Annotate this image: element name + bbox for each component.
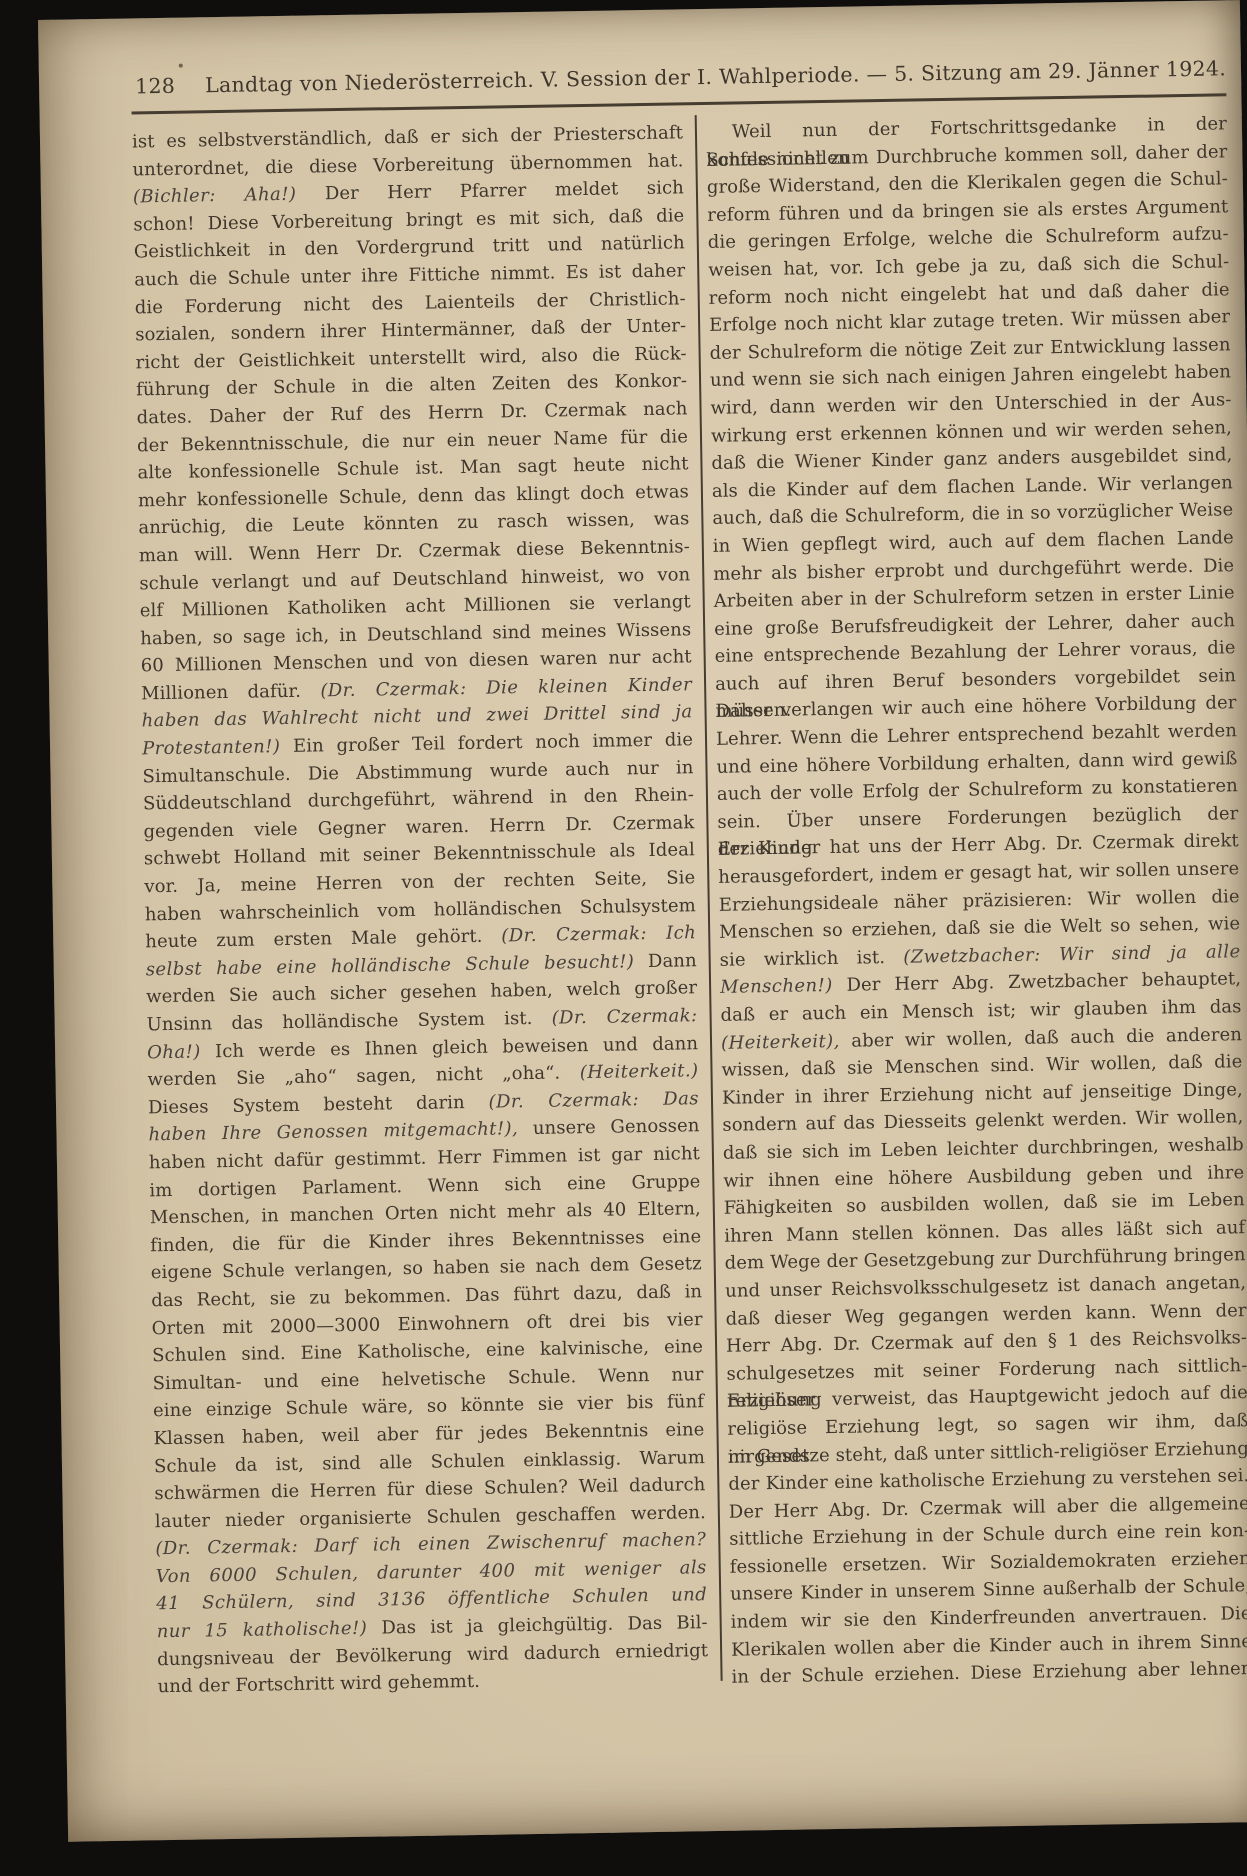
- body-text: Das ist ja gleichgültig. Das Bil-: [367, 1612, 708, 1639]
- body-text: aber wir wollen, daß auch die anderen: [840, 1024, 1243, 1052]
- body-text: Millionen dafür.: [141, 680, 321, 704]
- paper-speck: [179, 64, 183, 68]
- interjection-text: haben Ihre Genossen mitgemacht!),: [148, 1119, 518, 1146]
- body-text: und unser Reichsvolksschulgesetz ist dan…: [725, 1272, 1246, 1302]
- right-column: Weil nun der Fortschrittsgedanke in der …: [706, 110, 1247, 1691]
- body-text: daß er auch ein Mensch ist; wir glauben …: [720, 996, 1241, 1026]
- body-text: dungsniveau der Bevölkerung wird dadurch…: [157, 1640, 708, 1670]
- body-text: Dieses System besteht darin: [148, 1091, 489, 1118]
- body-text: daß sie sich im Leben leichter durchbrin…: [723, 1134, 1244, 1164]
- body-text: weisen hat, vor. Ich gebe ja zu, daß sic…: [708, 251, 1229, 281]
- body-text: Der Herr Abg. Zwetzbacher behauptet,: [833, 969, 1242, 997]
- interjection-text: (Heiterkeit.): [580, 1060, 699, 1083]
- body-text: in der Schule erziehen. Diese Erziehung …: [731, 1658, 1247, 1688]
- interjection-text: (Dr. Czermak:: [551, 1005, 697, 1028]
- interjection-text: (Heiterkeit),: [721, 1030, 840, 1053]
- page-number: 128: [135, 74, 175, 99]
- header-title: Landtag von Niederösterreich. V. Session…: [205, 56, 1226, 97]
- interjection-text: (Zwetzbacher: Wir sind ja alle: [903, 941, 1241, 968]
- body-text: Dann: [634, 950, 697, 972]
- body-text: sie wirklich ist.: [720, 947, 904, 971]
- interjection-text: Protestanten!): [142, 736, 281, 759]
- body-text: unsere Genossen: [518, 1116, 700, 1140]
- body-text: Ein großer Teil fordert noch immer die: [280, 729, 693, 757]
- scan-background: { "colors": { "surround": "#100e0c", "pa…: [0, 0, 1247, 1876]
- body-text: wird, dann werden wir den Unterschied in…: [710, 389, 1231, 419]
- body-text: Lehrer. Wenn die Lehrer entsprechend bez…: [716, 720, 1237, 750]
- interjection-text: (Dr. Czermak: Ich: [501, 922, 696, 946]
- interjection-text: nur 15 katholische!): [157, 1618, 368, 1642]
- body-text: herausgefordert, indem er gesagt hat, wi…: [718, 858, 1239, 888]
- page-header: 128 Landtag von Niederösterreich. V. Ses…: [135, 57, 1195, 99]
- body-text: Der Herr Pfarrer meldet sich: [296, 178, 684, 205]
- body-text: in Wien gepflegt wird, auch auf dem flac…: [713, 527, 1234, 557]
- body-text: der Kinder eine katholische Erziehung zu…: [728, 1465, 1247, 1495]
- body-text: Unsinn das holländische System ist.: [147, 1008, 552, 1036]
- body-text: heute zum ersten Male gehört.: [145, 926, 501, 953]
- body-text: werden Sie „aho“ sagen, nicht „oha“.: [147, 1062, 580, 1090]
- interjection-text: (Bichler: Aha!): [133, 184, 297, 208]
- interjection-text: (Dr. Czermak: Die kleinen Kinder: [320, 674, 692, 701]
- left-column: ist es selbstverständlich, daß er sich d…: [132, 119, 709, 1701]
- header-rule: [132, 93, 1227, 114]
- interjection-text: Menschen!): [720, 975, 833, 998]
- body-text: und der Fortschritt wird gehemmt.: [157, 1671, 480, 1697]
- interjection-text: Oha!): [147, 1041, 201, 1063]
- interjection-text: (Dr. Czermak: Das: [488, 1088, 699, 1112]
- document-page: 128 Landtag von Niederösterreich. V. Ses…: [38, 0, 1247, 1842]
- interjection-text: selbst habe eine holländische Schule bes…: [146, 951, 635, 980]
- body-text: indem wir sie den Kinderfreunden anvertr…: [730, 1603, 1247, 1633]
